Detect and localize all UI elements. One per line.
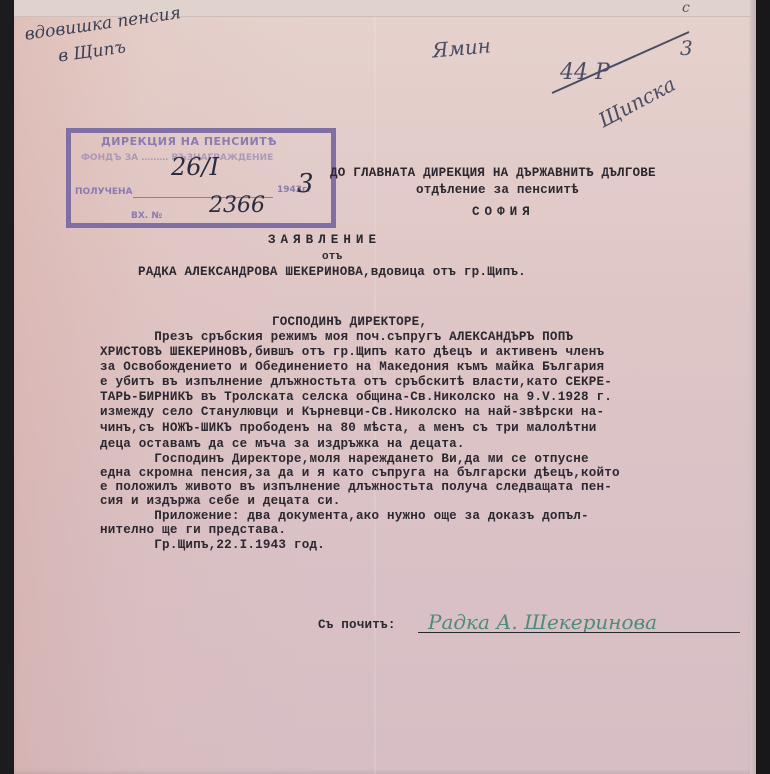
body-line: деца оставамъ да се мъча за издръжка на … (100, 437, 465, 451)
body-line: е убитъ въ изпълнение длъжностьта отъ ср… (100, 375, 612, 389)
body-line: чинъ,съ НОЖЪ-ШИКЪ прободенъ на 80 мѣста,… (100, 421, 596, 435)
stamp-title: ДИРЕКЦИЯ НА ПЕНСИИТѢ (101, 135, 277, 148)
closing-label: Съ почитъ: (318, 618, 396, 632)
stamp-entry-label: ВХ. № (131, 211, 162, 221)
addressee-city: СОФИЯ (472, 205, 535, 219)
body-line: една скромна пенсия,за да и я като съпру… (100, 466, 620, 480)
signature-line (418, 632, 740, 633)
corner-mark: с (682, 0, 690, 16)
body-line: е положилъ живото въ изпълнение длъжност… (100, 480, 612, 494)
handwritten-initials: Ямин (431, 33, 492, 62)
body-line: измежду село Станулювци и Кърневци-Св.Ни… (100, 405, 604, 419)
body-line: ХРИСТОВЪ ШЕКЕРИНОВЪ,бившъ отъ гр.Щипъ ка… (100, 345, 604, 359)
signature: Радка А. Шекеринова (428, 610, 657, 634)
body-line: Приложение: два документа,ако нужно още … (100, 509, 589, 523)
background-edge (756, 0, 770, 774)
addressee-line-2: отдѣление за пенсиитѣ (416, 183, 579, 197)
receipt-stamp: ДИРЕКЦИЯ НА ПЕНСИИТѢ ФОНДЪ ЗА ……… ВЪЗНАГ… (66, 128, 336, 228)
body-line: ТАРЬ-БИРНИКЪ въ Тролската селска община-… (100, 390, 612, 404)
body-line: нително ще ги представа. (100, 523, 286, 537)
salutation: ГОСПОДИНЪ ДИРЕКТОРЕ, (272, 315, 427, 329)
body-line: Господинъ Директоре,моля нареждането Ви,… (100, 452, 589, 466)
sender-line: РАДКА АЛЕКСАНДРОВА ШЕКЕРИНОВА,вдовица от… (138, 265, 526, 279)
stamp-received-date: 26/I (171, 153, 219, 181)
document-title: ЗАЯВЛЕНИЕ (268, 233, 381, 247)
handwritten-digit: 3 (680, 36, 693, 60)
body-line: сия и издържа себе и децата си. (100, 494, 340, 508)
addressee-line-1: ДО ГЛАВНАТА ДИРЕКЦИЯ НА ДЪРЖАВНИТѢ ДЪЛГО… (330, 166, 656, 180)
from-word: отъ (322, 251, 342, 263)
body-line: Гр.Щипъ,22.I.1943 год. (100, 538, 325, 552)
stamp-received-label: ПОЛУЧЕНА (75, 187, 133, 197)
handwritten-code: 44 Р (560, 60, 610, 85)
body-line: за Освобождението и Обединението на Маке… (100, 360, 604, 374)
stamp-year-digit: 3 (297, 169, 314, 199)
stamp-entry-number: 2366 (209, 193, 265, 218)
body-line: Презъ сръбския режимъ моя поч.съпругъ АЛ… (100, 330, 573, 344)
